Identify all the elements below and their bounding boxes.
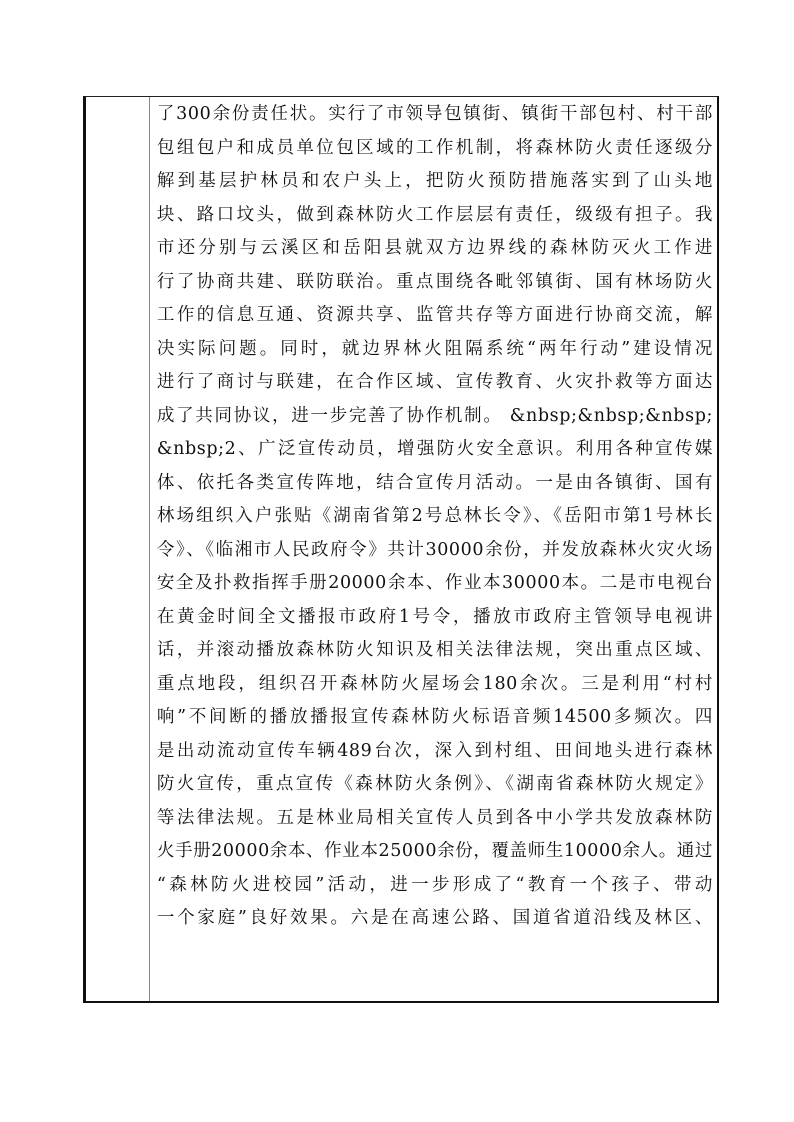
text-line: 是出动流动宣传车辆489台次，深入到村组、田间地头进行森林 bbox=[157, 735, 713, 769]
content-table: 了300余份责任状。实行了市领导包镇街、镇街干部包村、村干部包组包户和成员单位包… bbox=[83, 96, 719, 1003]
table-right-cell: 了300余份责任状。实行了市领导包镇街、镇街干部包村、村干部包组包户和成员单位包… bbox=[150, 97, 717, 1001]
text-line: 话，并滚动播放森林防火知识及相关法律法规，突出重点区域、 bbox=[157, 634, 713, 668]
text-line: 防火宣传，重点宣传《森林防火条例》、《湖南省森林防火规定》 bbox=[157, 768, 713, 802]
text-line: 行了协商共建、联防联治。重点围绕各毗邻镇街、国有林场防火 bbox=[157, 266, 713, 300]
text-line: 令》、《临湘市人民政府令》共计30000余份，并发放森林火灾火场 bbox=[157, 534, 713, 568]
text-line: 等法律法规。五是林业局相关宣传人员到各中小学共发放森林防 bbox=[157, 802, 713, 836]
text-line: 一个家庭”良好效果。六是在高速公路、国道省道沿线及林区、 bbox=[157, 902, 713, 936]
text-line: 了300余份责任状。实行了市领导包镇街、镇街干部包村、村干部 bbox=[157, 98, 713, 132]
text-line: 安全及扑救指挥手册20000余本、作业本30000本。二是市电视台 bbox=[157, 567, 713, 601]
text-line: 在黄金时间全文播报市政府1号令，播放市政府主管领导电视讲 bbox=[157, 601, 713, 635]
text-line: &nbsp;2、广泛宣传动员，增强防火安全意识。利用各种宣传媒 bbox=[157, 433, 713, 467]
text-line: 成了共同协议，进一步完善了协作机制。 &nbsp;&nbsp;&nbsp; bbox=[157, 400, 713, 434]
text-line: 进行了商讨与联建，在合作区域、宣传教育、火灾扑救等方面达 bbox=[157, 366, 713, 400]
text-line: 火手册20000余本、作业本25000余份，覆盖师生10000余人。通过 bbox=[157, 835, 713, 869]
text-line: 块、路口坟头，做到森林防火工作层层有责任，级级有担子。我 bbox=[157, 199, 713, 233]
text-line: 体、依托各类宣传阵地，结合宣传月活动。一是由各镇街、国有 bbox=[157, 467, 713, 501]
text-line: 包组包户和成员单位包区域的工作机制，将森林防火责任逐级分 bbox=[157, 132, 713, 166]
text-line: 市还分别与云溪区和岳阳县就双方边界线的森林防灭火工作进 bbox=[157, 232, 713, 266]
text-line: 决实际问题。同时，就边界林火阻隔系统“两年行动”建设情况 bbox=[157, 333, 713, 367]
text-line: 工作的信息互通、资源共享、监管共存等方面进行协商交流，解 bbox=[157, 299, 713, 333]
text-line: “森林防火进校园”活动，进一步形成了“教育一个孩子、带动 bbox=[157, 869, 713, 903]
table-left-cell bbox=[86, 97, 150, 1001]
text-line: 响”不间断的播放播报宣传森林防火标语音频14500多频次。四 bbox=[157, 701, 713, 735]
text-line: 林场组织入户张贴《湖南省第2号总林长令》、《岳阳市第1号林长 bbox=[157, 500, 713, 534]
text-line: 解到基层护林员和农户头上，把防火预防措施落实到了山头地 bbox=[157, 165, 713, 199]
text-line: 重点地段，组织召开森林防火屋场会180余次。三是利用“村村 bbox=[157, 668, 713, 702]
body-text: 了300余份责任状。实行了市领导包镇街、镇街干部包村、村干部包组包户和成员单位包… bbox=[157, 97, 713, 936]
